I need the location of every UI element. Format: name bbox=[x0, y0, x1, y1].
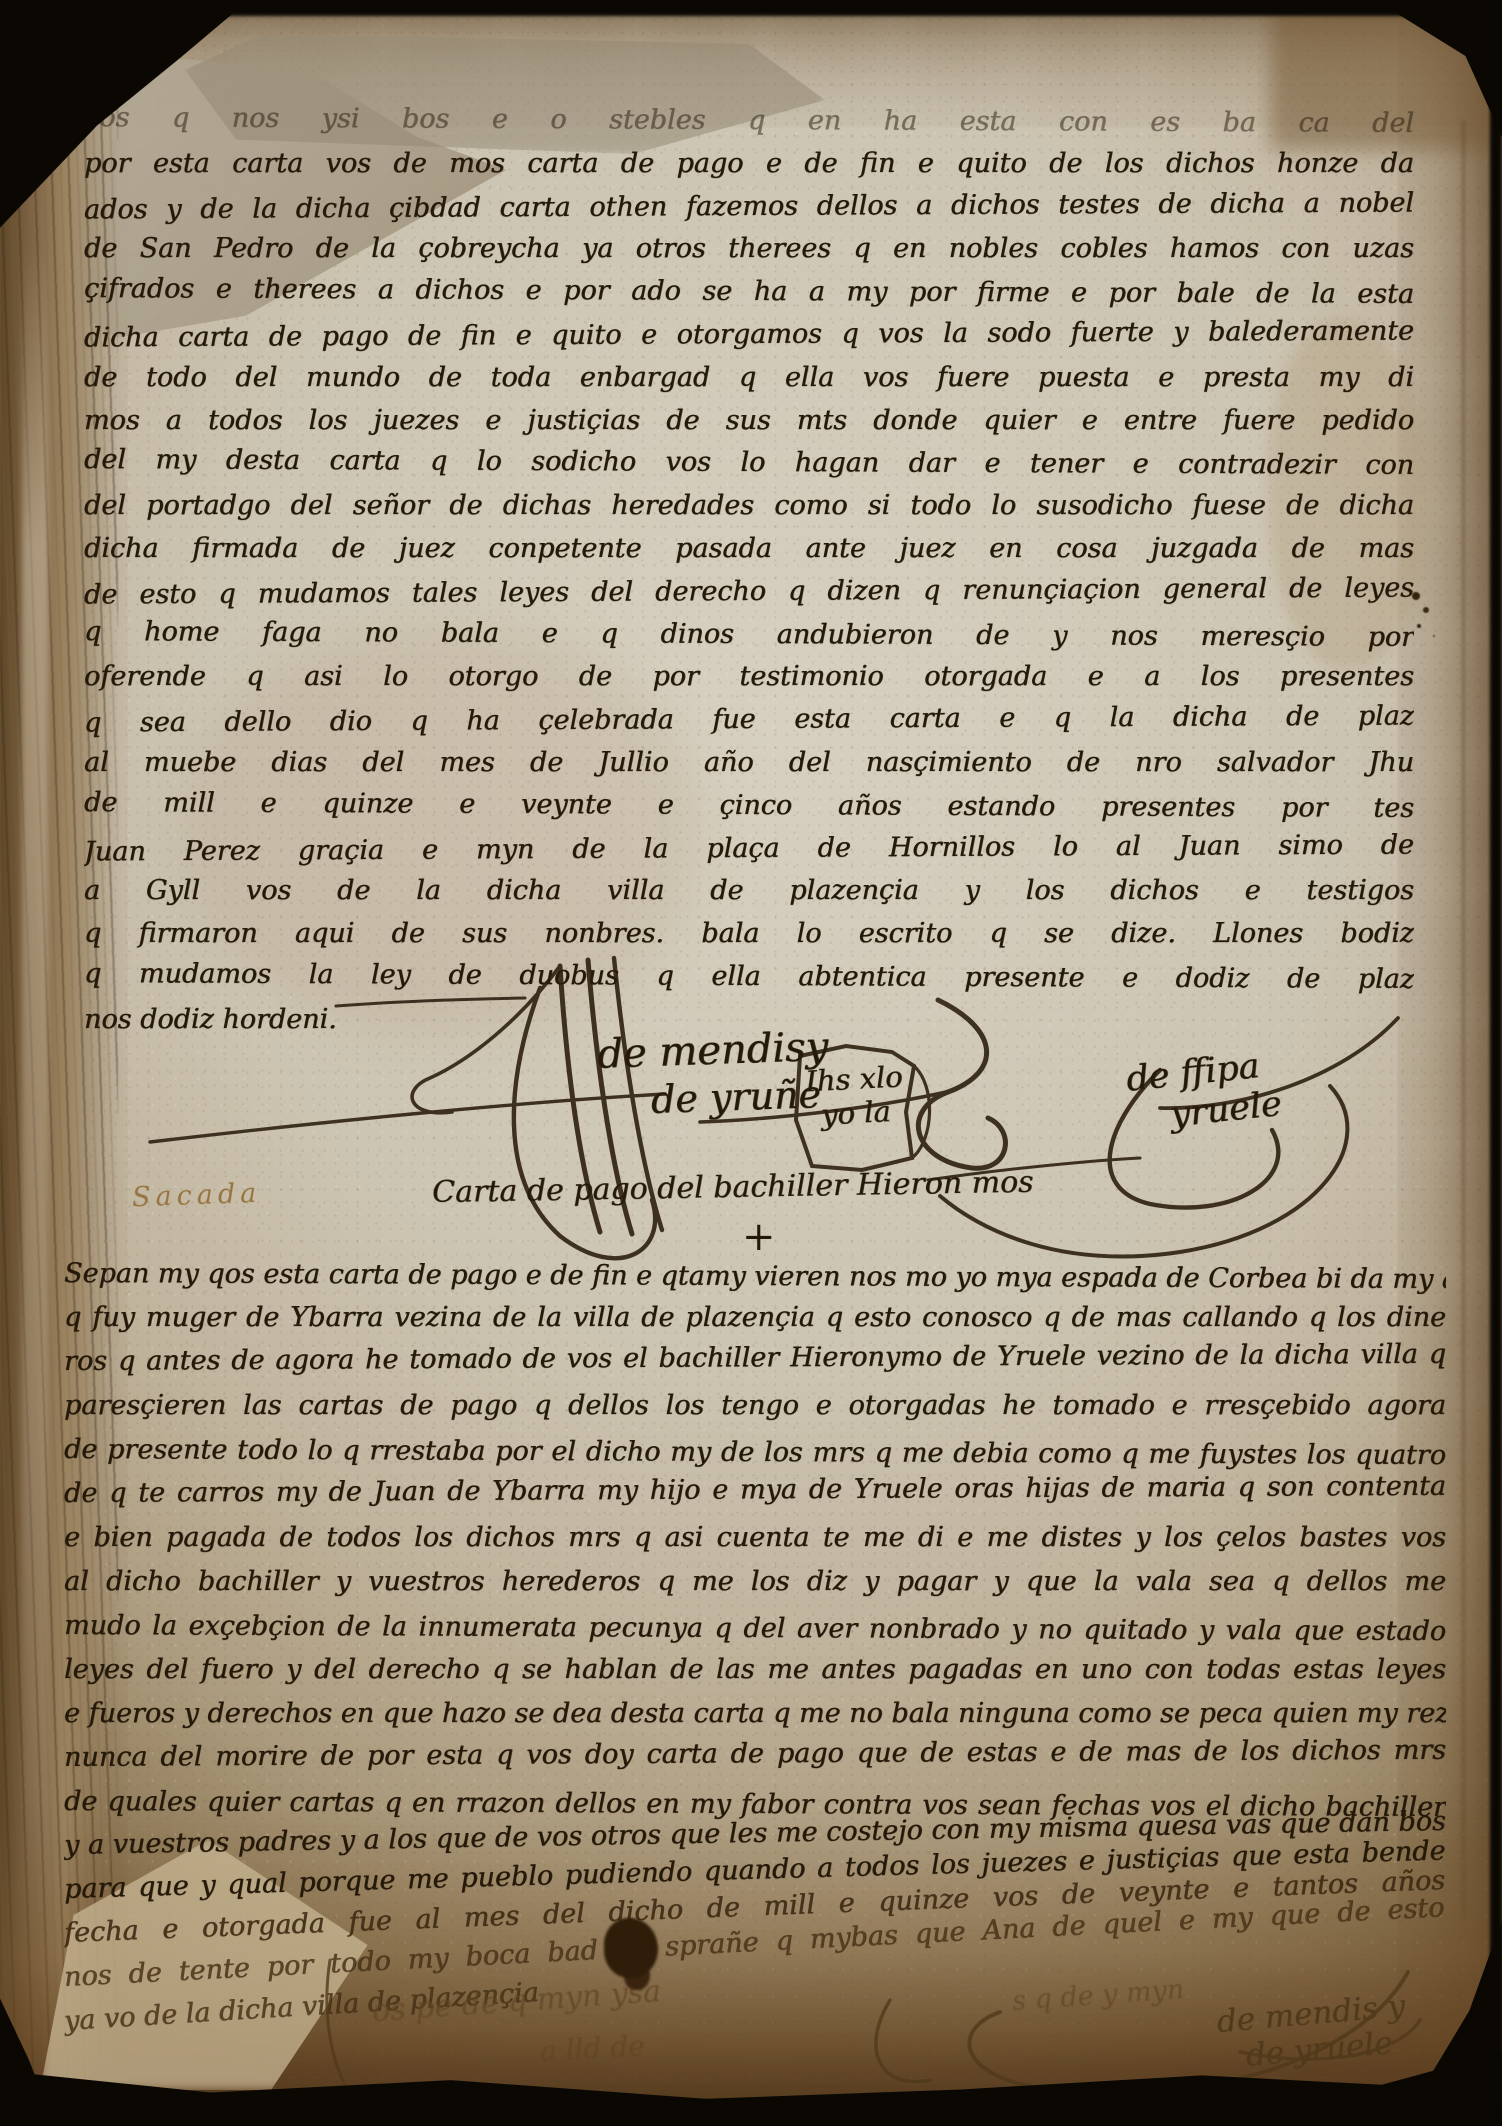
manuscript-line: çifrados e therees a dichos e por ado se… bbox=[84, 268, 1414, 317]
photo-background: yos q nos ysi bos e o stebles q en ha es… bbox=[0, 0, 1502, 2126]
signature-bottom-right: de mendis y de yruele bbox=[1215, 1988, 1409, 2076]
manuscript-line: a Gyll vos de la dicha villa de plazençi… bbox=[84, 870, 1414, 913]
page-crease bbox=[1462, 120, 1465, 1920]
manuscript-line: q home faga no bala e q dinos andubieron… bbox=[84, 611, 1414, 660]
manuscript-line: mos a todos los juezes e justiçias de su… bbox=[84, 400, 1414, 443]
faded-note-2: a lld de bbox=[539, 2029, 645, 2067]
manuscript-line: oferende q asi lo otorgo de por testimon… bbox=[84, 656, 1414, 699]
manuscript-line: nos dodiz hordeni. bbox=[84, 999, 483, 1042]
manuscript-line: de q te carros my de Juan de Ybarra my h… bbox=[64, 1465, 1446, 1516]
notarial-sign-line2: yo la bbox=[820, 1093, 905, 1131]
manuscript-line: al muebe dias del mes de Jullio año del … bbox=[84, 742, 1414, 785]
manuscript-line: q sea dello dio q ha çelebrada fue esta … bbox=[84, 696, 1414, 746]
manuscript-line: de esto q mudamos tales leyes del derech… bbox=[84, 567, 1414, 617]
manuscript-line: dicha carta de pago de fin e quito e oto… bbox=[84, 311, 1414, 361]
docket-line: Carta de pago del bachiller Hieron mos bbox=[432, 1165, 1034, 1210]
text-block-2: Sepan my qos esta carta de pago e de fin… bbox=[64, 1252, 1446, 2044]
manuscript-line: por esta carta vos de mos carta de pago … bbox=[84, 143, 1414, 186]
manuscript-line: mudo la exçebçion de la innumerata pecun… bbox=[64, 1604, 1446, 1654]
notarial-sign-line1: Ihs xlo bbox=[804, 1059, 903, 1098]
margin-note-sacada: Sacada bbox=[131, 1178, 261, 1213]
manuscript-line: de San Pedro de la çobreycha ya otros th… bbox=[84, 228, 1414, 271]
cross-mark: + bbox=[742, 1214, 776, 1260]
manuscript-line: ados y de la dicha çibdad carta othen fa… bbox=[84, 182, 1414, 232]
binding-highlight bbox=[22, 240, 48, 1966]
manuscript-line: nunca del morire de por esta q vos doy c… bbox=[64, 1729, 1446, 1780]
manuscript-line: q firmaron aqui de sus nonbres. bala lo … bbox=[84, 913, 1414, 956]
photo-edge-right bbox=[1490, 0, 1502, 2126]
manuscript-line: del my desta carta q lo sodicho vos lo h… bbox=[84, 439, 1414, 488]
signature-left: de mendisy de yruñe bbox=[596, 1024, 830, 1124]
manuscript-page: yos q nos ysi bos e o stebles q en ha es… bbox=[0, 0, 1502, 2126]
text-block-1: yos q nos ysi bos e o stebles q en ha es… bbox=[84, 100, 1414, 1042]
manuscript-line: leyes del fuero y del derecho q se habla… bbox=[64, 1648, 1446, 1692]
manuscript-line: e bien pagada de todos los dichos mrs q … bbox=[64, 1516, 1446, 1560]
signature-left-line1: de mendisy bbox=[596, 1024, 828, 1078]
manuscript-line: q mudamos la ley de duobus q ella abtent… bbox=[84, 953, 1414, 1002]
manuscript-line: de mill e quinze e veynte e çinco años e… bbox=[84, 782, 1414, 831]
signature-right: de ffipa yruele bbox=[1124, 1044, 1283, 1139]
manuscript-line: paresçieren las cartas de pago q dellos … bbox=[64, 1384, 1446, 1428]
manuscript-line: de todo del mundo de toda enbargad q ell… bbox=[84, 357, 1414, 400]
manuscript-line: Juan Perez graçia e myn de la plaça de H… bbox=[84, 824, 1414, 874]
manuscript-line: del portadgo del señor de dichas heredad… bbox=[84, 485, 1414, 528]
manuscript-line: al dicho bachiller y vuestros herederos … bbox=[64, 1560, 1446, 1604]
manuscript-line: dicha firmada de juez conpetente pasada … bbox=[84, 528, 1414, 571]
manuscript-line: yos q nos ysi bos e o stebles q en ha es… bbox=[84, 97, 1414, 146]
notarial-sign: Ihs xlo yo la bbox=[804, 1059, 905, 1132]
signature-left-line2: de yruñe bbox=[650, 1072, 830, 1122]
manuscript-line: ros q antes de agora he tomado de vos el… bbox=[64, 1333, 1446, 1384]
